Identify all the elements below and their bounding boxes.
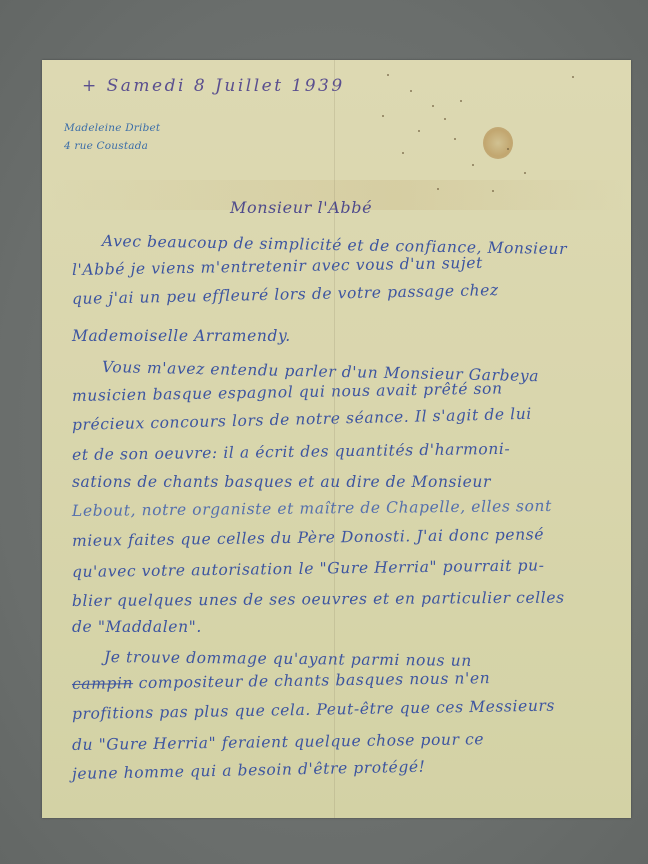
speck [382,115,384,117]
body-line: jeune homme qui a besoin d'être protégé! [72,758,426,783]
speck [572,76,574,78]
speck [437,188,439,190]
speck [472,164,474,166]
body-line: précieux concours lors de notre séance. … [72,405,532,434]
body-line: l'Abbé je viens m'entretenir avec vous d… [72,254,483,279]
sender-address: 4 rue Coustada [64,140,148,152]
speck [460,100,462,102]
speck [454,138,456,140]
date-line: + Samedi 8 Juillet 1939 [82,76,345,96]
speck [492,190,494,192]
body-line: Je trouve dommage qu'ayant parmi nous un [104,648,472,670]
sender-name: Madeleine Dribet [64,122,160,134]
body-line: et de son oeuvre: il a écrit des quantit… [72,440,511,464]
body-line: campin compositeur de chants basques nou… [72,669,491,693]
speck [418,130,420,132]
body-line: profitions pas plus que cela. Peut-être … [72,697,555,723]
body-line-text: compositeur de chants basques nous n'en [138,669,490,692]
body-line: Mademoiselle Arramendy. [72,327,291,345]
speck [410,90,412,92]
salutation: Monsieur l'Abbé [230,198,372,217]
speck [402,152,404,154]
body-line: mieux faites que celles du Père Donosti.… [72,525,544,550]
body-line: blier quelques unes de ses oeuvres et en… [72,589,565,610]
speck [524,172,526,174]
stain-mark [483,127,513,159]
body-line: qu'avec votre autorisation le "Gure Herr… [72,556,545,581]
struck-word: campin [72,674,133,693]
body-line: Lebout, notre organiste et maître de Cha… [72,497,552,520]
speck [507,148,509,150]
body-line: musicien basque espagnol qui nous avait … [72,379,503,405]
body-line: de "Maddalen". [72,618,202,636]
letter-page: + Samedi 8 Juillet 1939 Madeleine Dribet… [42,60,631,818]
body-line: du "Gure Herria" feraient quelque chose … [72,730,484,754]
body-line: Avec beaucoup de simplicité et de confia… [102,232,567,258]
speck [387,74,389,76]
body-line: sations de chants basques et au dire de … [72,473,491,491]
speck [444,118,446,120]
body-line: que j'ai un peu effleuré lors de votre p… [72,281,499,308]
speck [432,105,434,107]
